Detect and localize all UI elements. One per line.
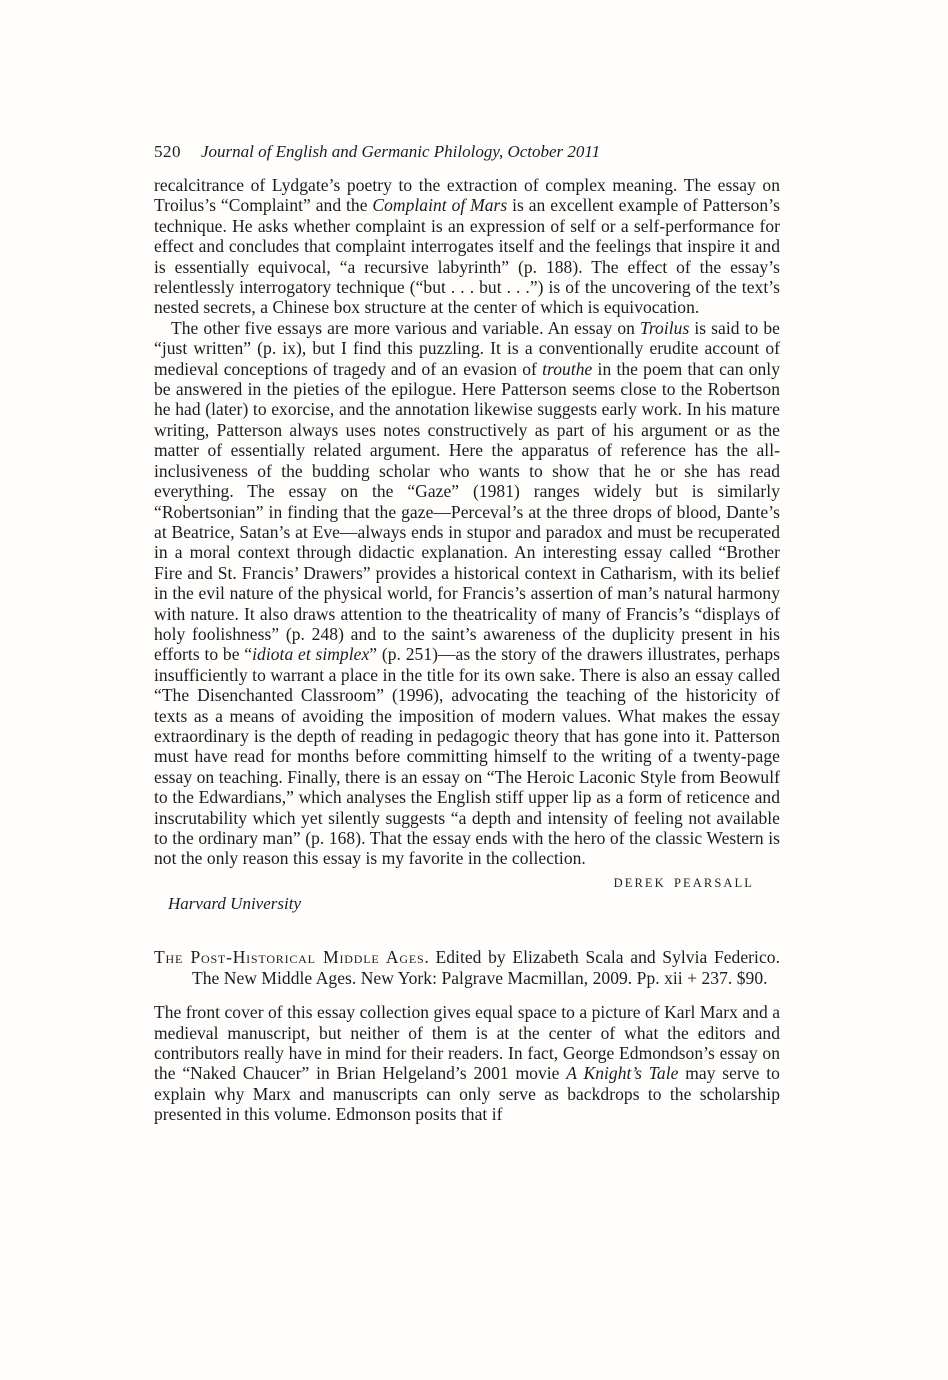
running-head: 520 Journal of English and Germanic Phil… — [154, 142, 780, 162]
review-text: recalcitrance of Lydgate’s poetry to the… — [154, 175, 780, 869]
paragraph: The Post-Historical Middle Ages. Edited … — [154, 947, 780, 989]
journal-title: Journal of English and Germanic Philolog… — [201, 142, 600, 162]
paragraph: The front cover of this essay collection… — [154, 1002, 780, 1124]
reviewer-affiliation: Harvard University — [154, 894, 780, 914]
paragraph: The other five essays are more various a… — [154, 318, 780, 869]
review-text: The front cover of this essay collection… — [154, 1002, 780, 1124]
page-number: 520 — [154, 142, 181, 162]
review-post-historical: The Post-Historical Middle Ages. Edited … — [154, 947, 780, 1125]
review-pearsall: recalcitrance of Lydgate’s poetry to the… — [154, 175, 780, 914]
journal-page: 520 Journal of English and Germanic Phil… — [0, 0, 948, 1380]
paragraph: recalcitrance of Lydgate’s poetry to the… — [154, 175, 780, 318]
page-body: recalcitrance of Lydgate’s poetry to the… — [154, 175, 780, 1125]
book-citation-heading: The Post-Historical Middle Ages. Edited … — [154, 947, 780, 989]
reviewer-signature: DEREK PEARSALL — [154, 876, 780, 891]
